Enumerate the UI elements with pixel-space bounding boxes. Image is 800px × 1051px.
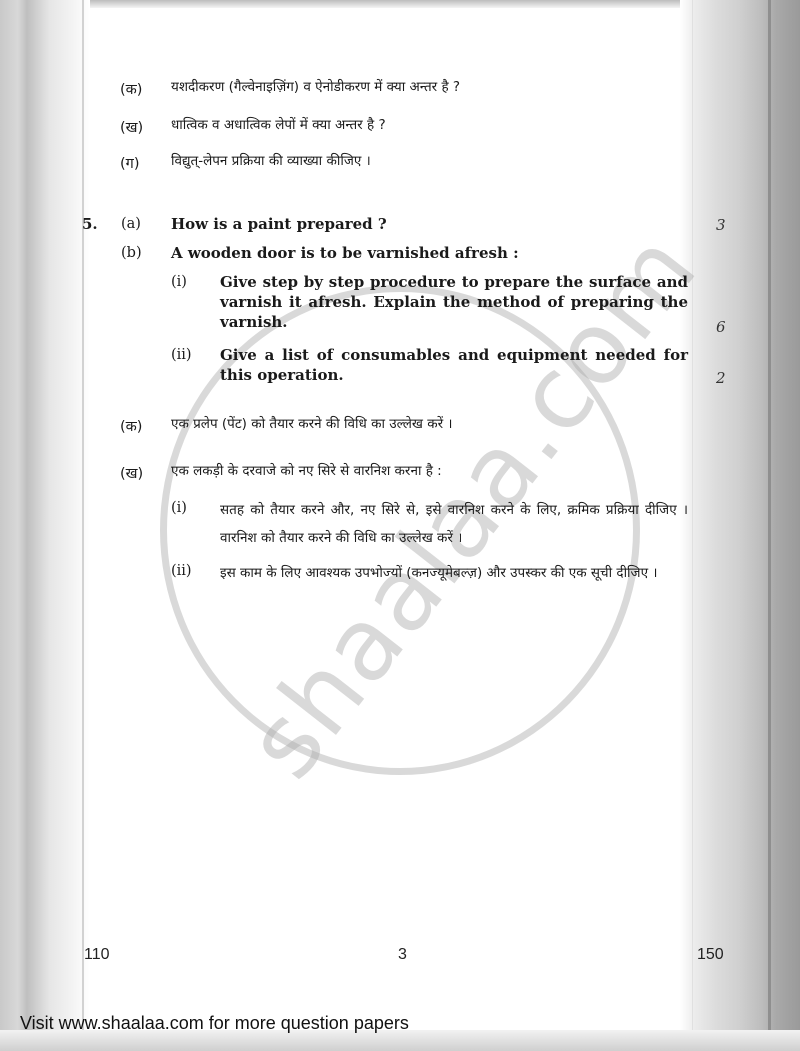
item-text: धात्विक व अधात्विक लेपों में क्या अन्तर … bbox=[171, 115, 386, 135]
part-kha-ii-label: (ii) bbox=[171, 563, 192, 579]
part-b-i-label: (i) bbox=[171, 274, 187, 290]
footer-code-left: 110 bbox=[84, 946, 110, 964]
page-number: 3 bbox=[398, 946, 407, 964]
part-b-i-marks: 6 bbox=[716, 318, 726, 336]
question-number: 5. bbox=[82, 215, 98, 233]
part-ka-text: एक प्रलेप (पेंट) को तैयार करने की विधि क… bbox=[171, 414, 453, 434]
part-a-marks: 3 bbox=[716, 216, 726, 234]
part-kha-i-label: (i) bbox=[171, 500, 187, 516]
part-b-ii-marks: 2 bbox=[716, 369, 726, 387]
part-b-ii-text: Give a list of consumables and equipment… bbox=[220, 345, 688, 385]
visit-banner-link[interactable]: Visit www.shaalaa.com for more question … bbox=[20, 1013, 409, 1034]
part-b-i-text: Give step by step procedure to prepare t… bbox=[220, 272, 688, 332]
part-kha-label: (ख) bbox=[120, 463, 143, 483]
footer-code-right: 150 bbox=[697, 946, 724, 964]
part-a-label: (a) bbox=[121, 216, 141, 232]
scan-edge-right bbox=[768, 0, 771, 1051]
item-label: (ग) bbox=[120, 153, 139, 173]
part-b-text: A wooden door is to be varnished afresh … bbox=[171, 243, 519, 263]
part-b-ii-label: (ii) bbox=[171, 347, 192, 363]
part-kha-i-text: सतह को तैयार करने और, नए सिरे से, इसे वा… bbox=[220, 496, 688, 552]
part-kha-ii-text: इस काम के लिए आवश्यक उपभोज्यों (कनज्यूमे… bbox=[220, 559, 688, 587]
item-text: यशदीकरण (गैल्वेनाइज़िंग) व ऐनोडीकरण में … bbox=[171, 77, 460, 97]
item-text: विद्युत्-लेपन प्रक्रिया की व्याख्या कीजि… bbox=[171, 151, 371, 171]
scan-shadow-left bbox=[0, 0, 90, 1051]
part-kha-text: एक लकड़ी के दरवाजे को नए सिरे से वारनिश … bbox=[171, 461, 442, 481]
scan-shadow-right bbox=[680, 0, 800, 1051]
part-b-label: (b) bbox=[121, 245, 142, 261]
scan-fold-line bbox=[692, 0, 693, 1051]
part-ka-label: (क) bbox=[120, 416, 142, 436]
part-a-text: How is a paint prepared ? bbox=[171, 214, 387, 234]
item-label: (क) bbox=[120, 79, 142, 99]
scan-edge-left bbox=[82, 0, 84, 1051]
item-label: (ख) bbox=[120, 117, 143, 137]
